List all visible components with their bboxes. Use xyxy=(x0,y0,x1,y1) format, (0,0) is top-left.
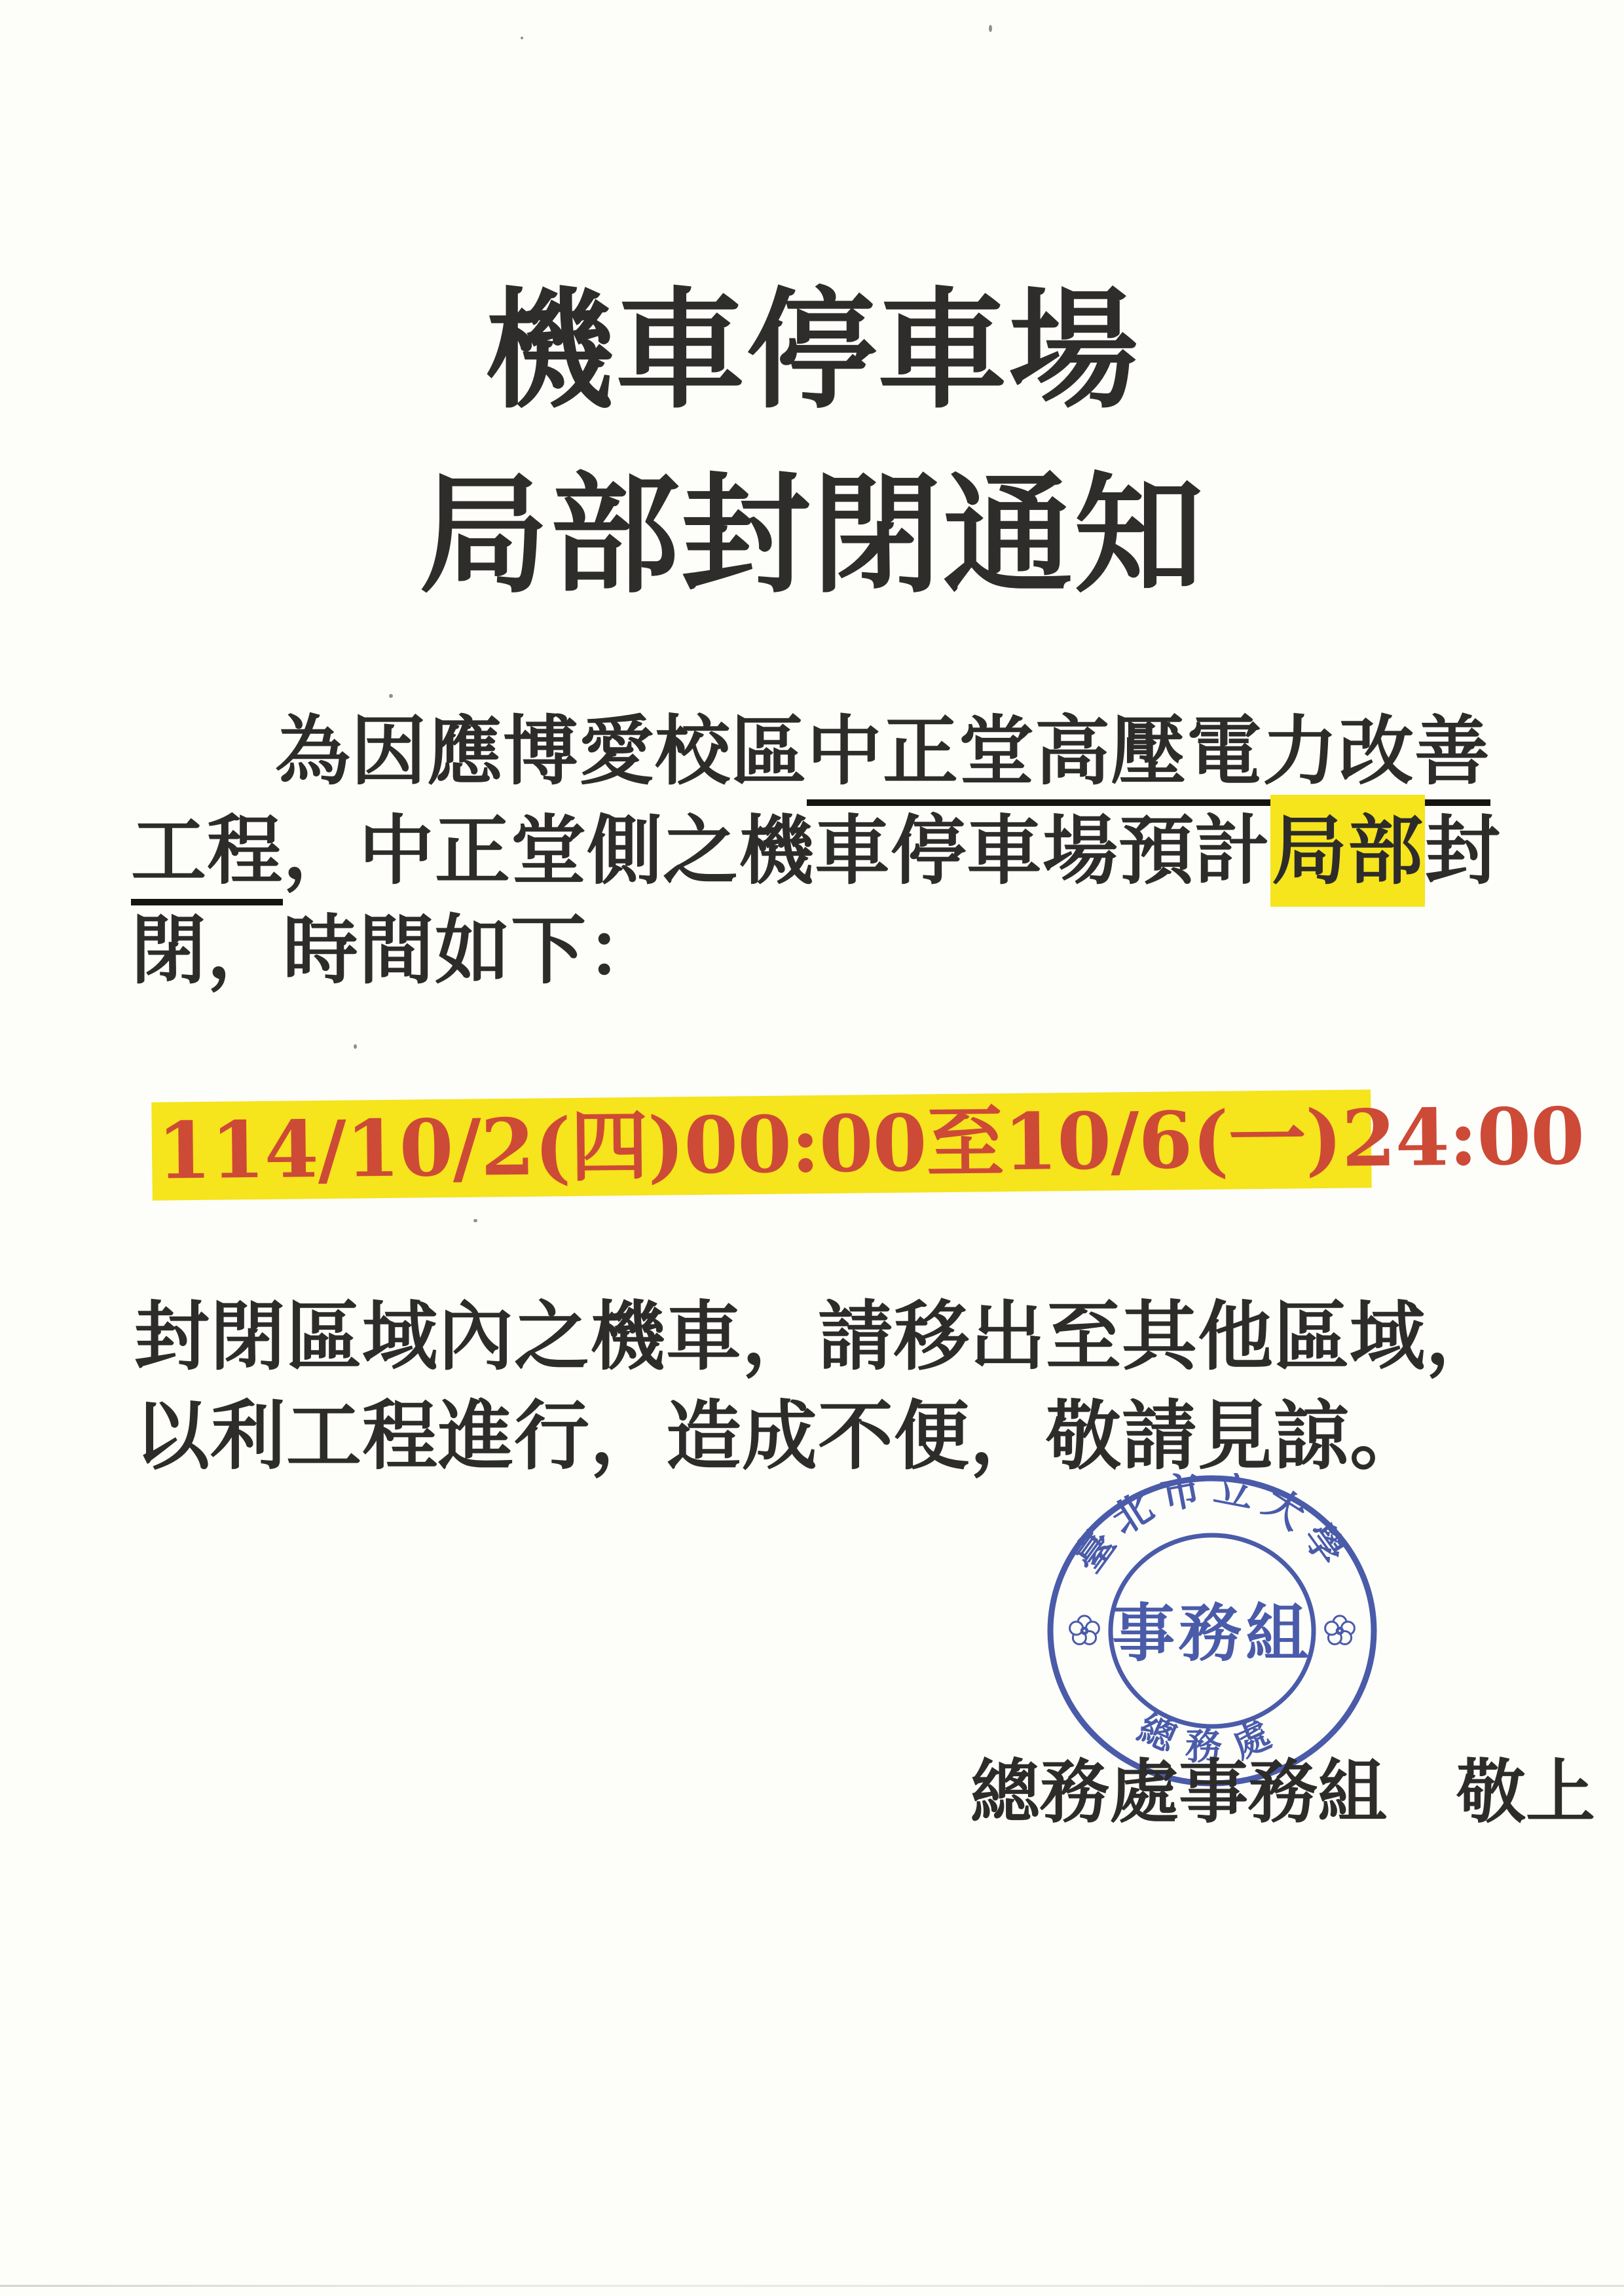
notice-title-line1: 機車停車場 xyxy=(0,274,1624,427)
par1-mid-text: ，中正堂側之機車停車場預計 xyxy=(283,807,1270,895)
par1-lead-text: 為因應博愛校區 xyxy=(275,707,807,795)
schedule-highlight-banner: 114/10/2(四)00:00至10/6(一)24:00 xyxy=(151,1089,1371,1200)
scan-speck xyxy=(989,25,992,32)
par2-line1: 封閉區域內之機車，請移出至其他區域， xyxy=(134,1292,1502,1381)
stamp-center-text: 事務組 xyxy=(1112,1596,1312,1670)
svg-text:臺北市立大學: 臺北市立大學 xyxy=(1065,1473,1359,1581)
signature-line: 總務處事務組 敬上 xyxy=(970,1747,1595,1837)
closure-schedule-text: 114/10/2(四)00:00至10/6(一)24:00 xyxy=(151,1089,1371,1200)
par1-underlined-project-name: 中正堂高壓電力改善 xyxy=(807,707,1490,806)
scan-speck xyxy=(389,694,393,698)
par2-line2: 以利工程進行，造成不便，敬請見諒。 xyxy=(134,1392,1426,1480)
plum-blossom-icon-left xyxy=(1070,1616,1099,1645)
notice-paragraph-2: 封閉區域內之機車，請移出至其他區域， 以利工程進行，造成不便，敬請見諒。 xyxy=(134,1287,1502,1486)
scan-speck xyxy=(473,1219,477,1222)
scanned-notice-page: 機車停車場 局部封閉通知 為因應博愛校區中正堂高壓電力改善 工程，中正堂側之機車… xyxy=(0,0,1624,2296)
par1-highlighted-partial: 局部 xyxy=(1270,795,1425,907)
par1-underlined-project-word: 工程 xyxy=(131,807,283,905)
plum-blossom-icon-right xyxy=(1325,1616,1355,1645)
scan-speck xyxy=(521,37,523,39)
scan-speck xyxy=(354,1044,357,1049)
par1-last-line: 閉，時間如下： xyxy=(131,906,663,994)
notice-paragraph-1: 為因應博愛校區中正堂高壓電力改善 工程，中正堂側之機車停車場預計局部封 閉，時間… xyxy=(131,702,1501,1000)
notice-title-line2: 局部封閉通知 xyxy=(0,458,1624,611)
stamp-arc-top-text: 臺北市立大學 xyxy=(1065,1473,1359,1581)
par1-after-highlight: 封 xyxy=(1425,807,1501,895)
scan-edge-artifact xyxy=(0,2285,1624,2287)
official-seal-stamp: 臺北市立大學 總務處 事務組 xyxy=(1043,1473,1380,1789)
